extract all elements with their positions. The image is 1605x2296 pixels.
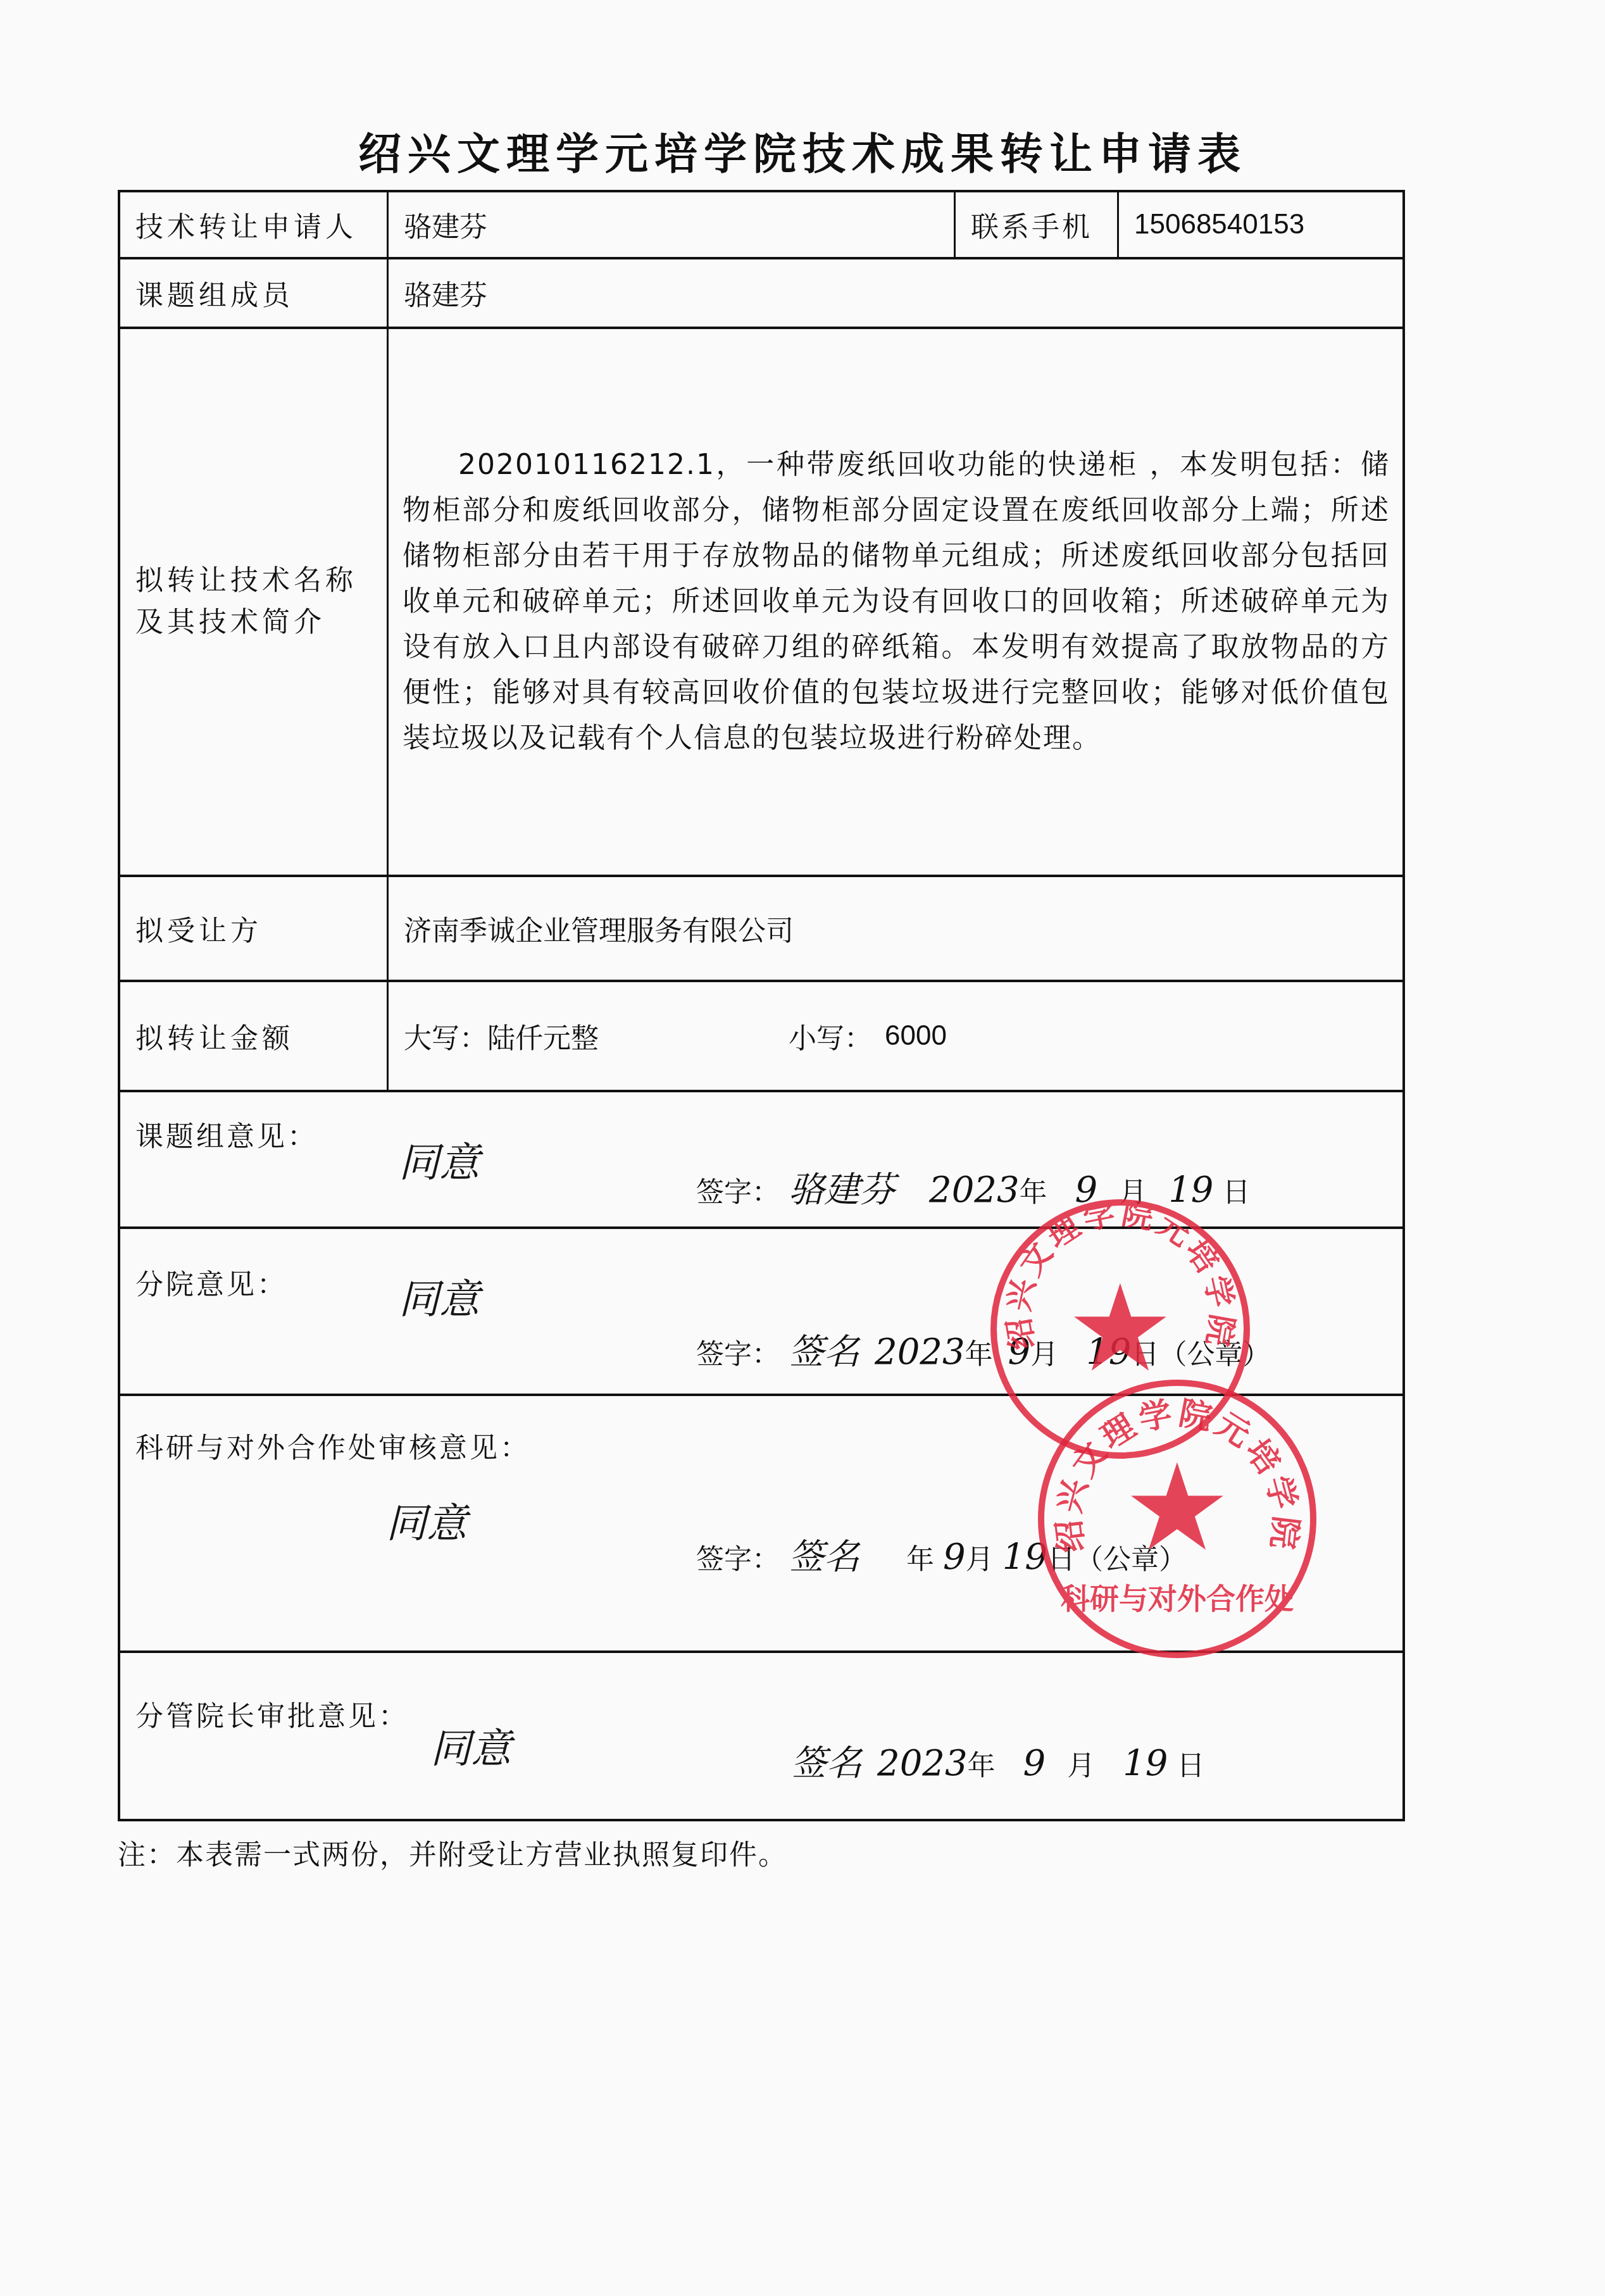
amount-lowercase-label: 小写： <box>789 1016 872 1056</box>
vp-year: 2023 <box>877 1743 968 1784</box>
members-label: 课题组成员 <box>120 259 389 327</box>
group-sign-label: 签字： <box>696 1176 780 1209</box>
research-signature: 签名 <box>789 1537 859 1578</box>
vp-month-unit: 月 <box>1067 1750 1095 1782</box>
research-month-unit: 月 <box>966 1544 994 1576</box>
group-signature-line: 签字： 骆建芬 2023年 9 月 19 日 <box>696 1162 1250 1213</box>
branch-sign-label: 签字： <box>696 1338 780 1371</box>
group-year-unit: 年 <box>1020 1176 1047 1209</box>
vp-month: 9 <box>1023 1743 1046 1784</box>
research-year-unit: 年 <box>906 1544 934 1576</box>
form-title: 绍兴文理学元培学院技术成果转让申请表 <box>0 120 1605 182</box>
technology-description-text: 202010116212.1，一种带废纸回收功能的快递柜 ，本发明包括：储物柜部… <box>403 442 1390 761</box>
group-opinion-label: 课题组意见： <box>135 1114 318 1154</box>
assignee-label: 拟受让方 <box>120 877 389 980</box>
research-opinion-label: 科研与对外合作处审核意见： <box>135 1425 530 1466</box>
research-opinion-handwriting: 同意 <box>386 1491 467 1549</box>
members-row: 课题组成员 骆建芬 <box>120 259 1402 329</box>
applicant-row: 技术转让申请人 骆建芬 联系手机 15068540153 <box>120 192 1402 259</box>
branch-signature: 签名 <box>789 1332 859 1373</box>
amount-uppercase-label: 大写： <box>404 1016 487 1056</box>
branch-opinion-handwriting: 同意 <box>399 1267 480 1325</box>
group-signature: 骆建芬 <box>789 1170 895 1211</box>
vp-day: 19 <box>1123 1743 1168 1784</box>
technology-row: 拟转让技术名称及其技术简介 202010116212.1，一种带废纸回收功能的快… <box>120 329 1402 877</box>
amount-lowercase-value: 6000 <box>885 1020 947 1052</box>
vp-signature-line: 签名 2023年 9 月 19 日 <box>791 1735 1204 1786</box>
assignee-row: 拟受让方 济南季诚企业管理服务有限公司 <box>120 877 1402 982</box>
vp-day-unit: 日 <box>1177 1750 1204 1782</box>
vp-signature: 签名 <box>791 1743 862 1784</box>
group-year: 2023 <box>929 1170 1020 1211</box>
branch-year: 2023 <box>875 1332 965 1373</box>
footnote: 注：本表需一式两份，并附受让方营业执照复印件。 <box>118 1832 787 1873</box>
amount-row: 拟转让金额 大写： 陆仟元整 小写： 6000 <box>120 982 1402 1092</box>
vp-year-unit: 年 <box>968 1750 996 1782</box>
vp-approval-handwriting: 同意 <box>430 1716 511 1775</box>
phone-label: 联系手机 <box>956 192 1119 257</box>
star-icon: ★ <box>1066 1269 1174 1389</box>
amount-values: 大写： 陆仟元整 小写： 6000 <box>389 982 1404 1090</box>
group-day: 19 <box>1168 1170 1213 1211</box>
research-sign-label: 签字： <box>696 1544 780 1576</box>
members-value: 骆建芬 <box>389 259 1401 327</box>
research-month: 9 <box>943 1537 966 1578</box>
phone-value: 15068540153 <box>1119 192 1404 257</box>
vp-approval-row: 分管院长审批意见： 同意 签名 2023年 9 月 19 日 <box>120 1653 1402 1819</box>
branch-year-unit: 年 <box>965 1338 993 1371</box>
technology-label: 拟转让技术名称及其技术简介 <box>120 329 389 875</box>
applicant-label: 技术转让申请人 <box>120 192 389 257</box>
branch-opinion-label: 分院意见： <box>135 1262 287 1302</box>
applicant-value: 骆建芬 <box>389 192 956 257</box>
vp-approval-label: 分管院长审批意见： <box>135 1694 409 1734</box>
assignee-value: 济南季诚企业管理服务有限公司 <box>389 877 1404 980</box>
technology-description: 202010116212.1，一种带废纸回收功能的快递柜 ，本发明包括：储物柜部… <box>389 329 1404 875</box>
research-office-seal: 绍兴文理学院元培学院 ★ 科研与对外合作处 <box>1038 1380 1316 1658</box>
amount-label: 拟转让金额 <box>120 982 389 1090</box>
research-seal-bottom-text: 科研与对外合作处 <box>1044 1576 1310 1618</box>
group-opinion-handwriting: 同意 <box>399 1130 480 1189</box>
amount-uppercase-value: 陆仟元整 <box>487 1016 599 1056</box>
group-day-unit: 日 <box>1222 1176 1250 1209</box>
star-icon: ★ <box>1123 1448 1231 1568</box>
